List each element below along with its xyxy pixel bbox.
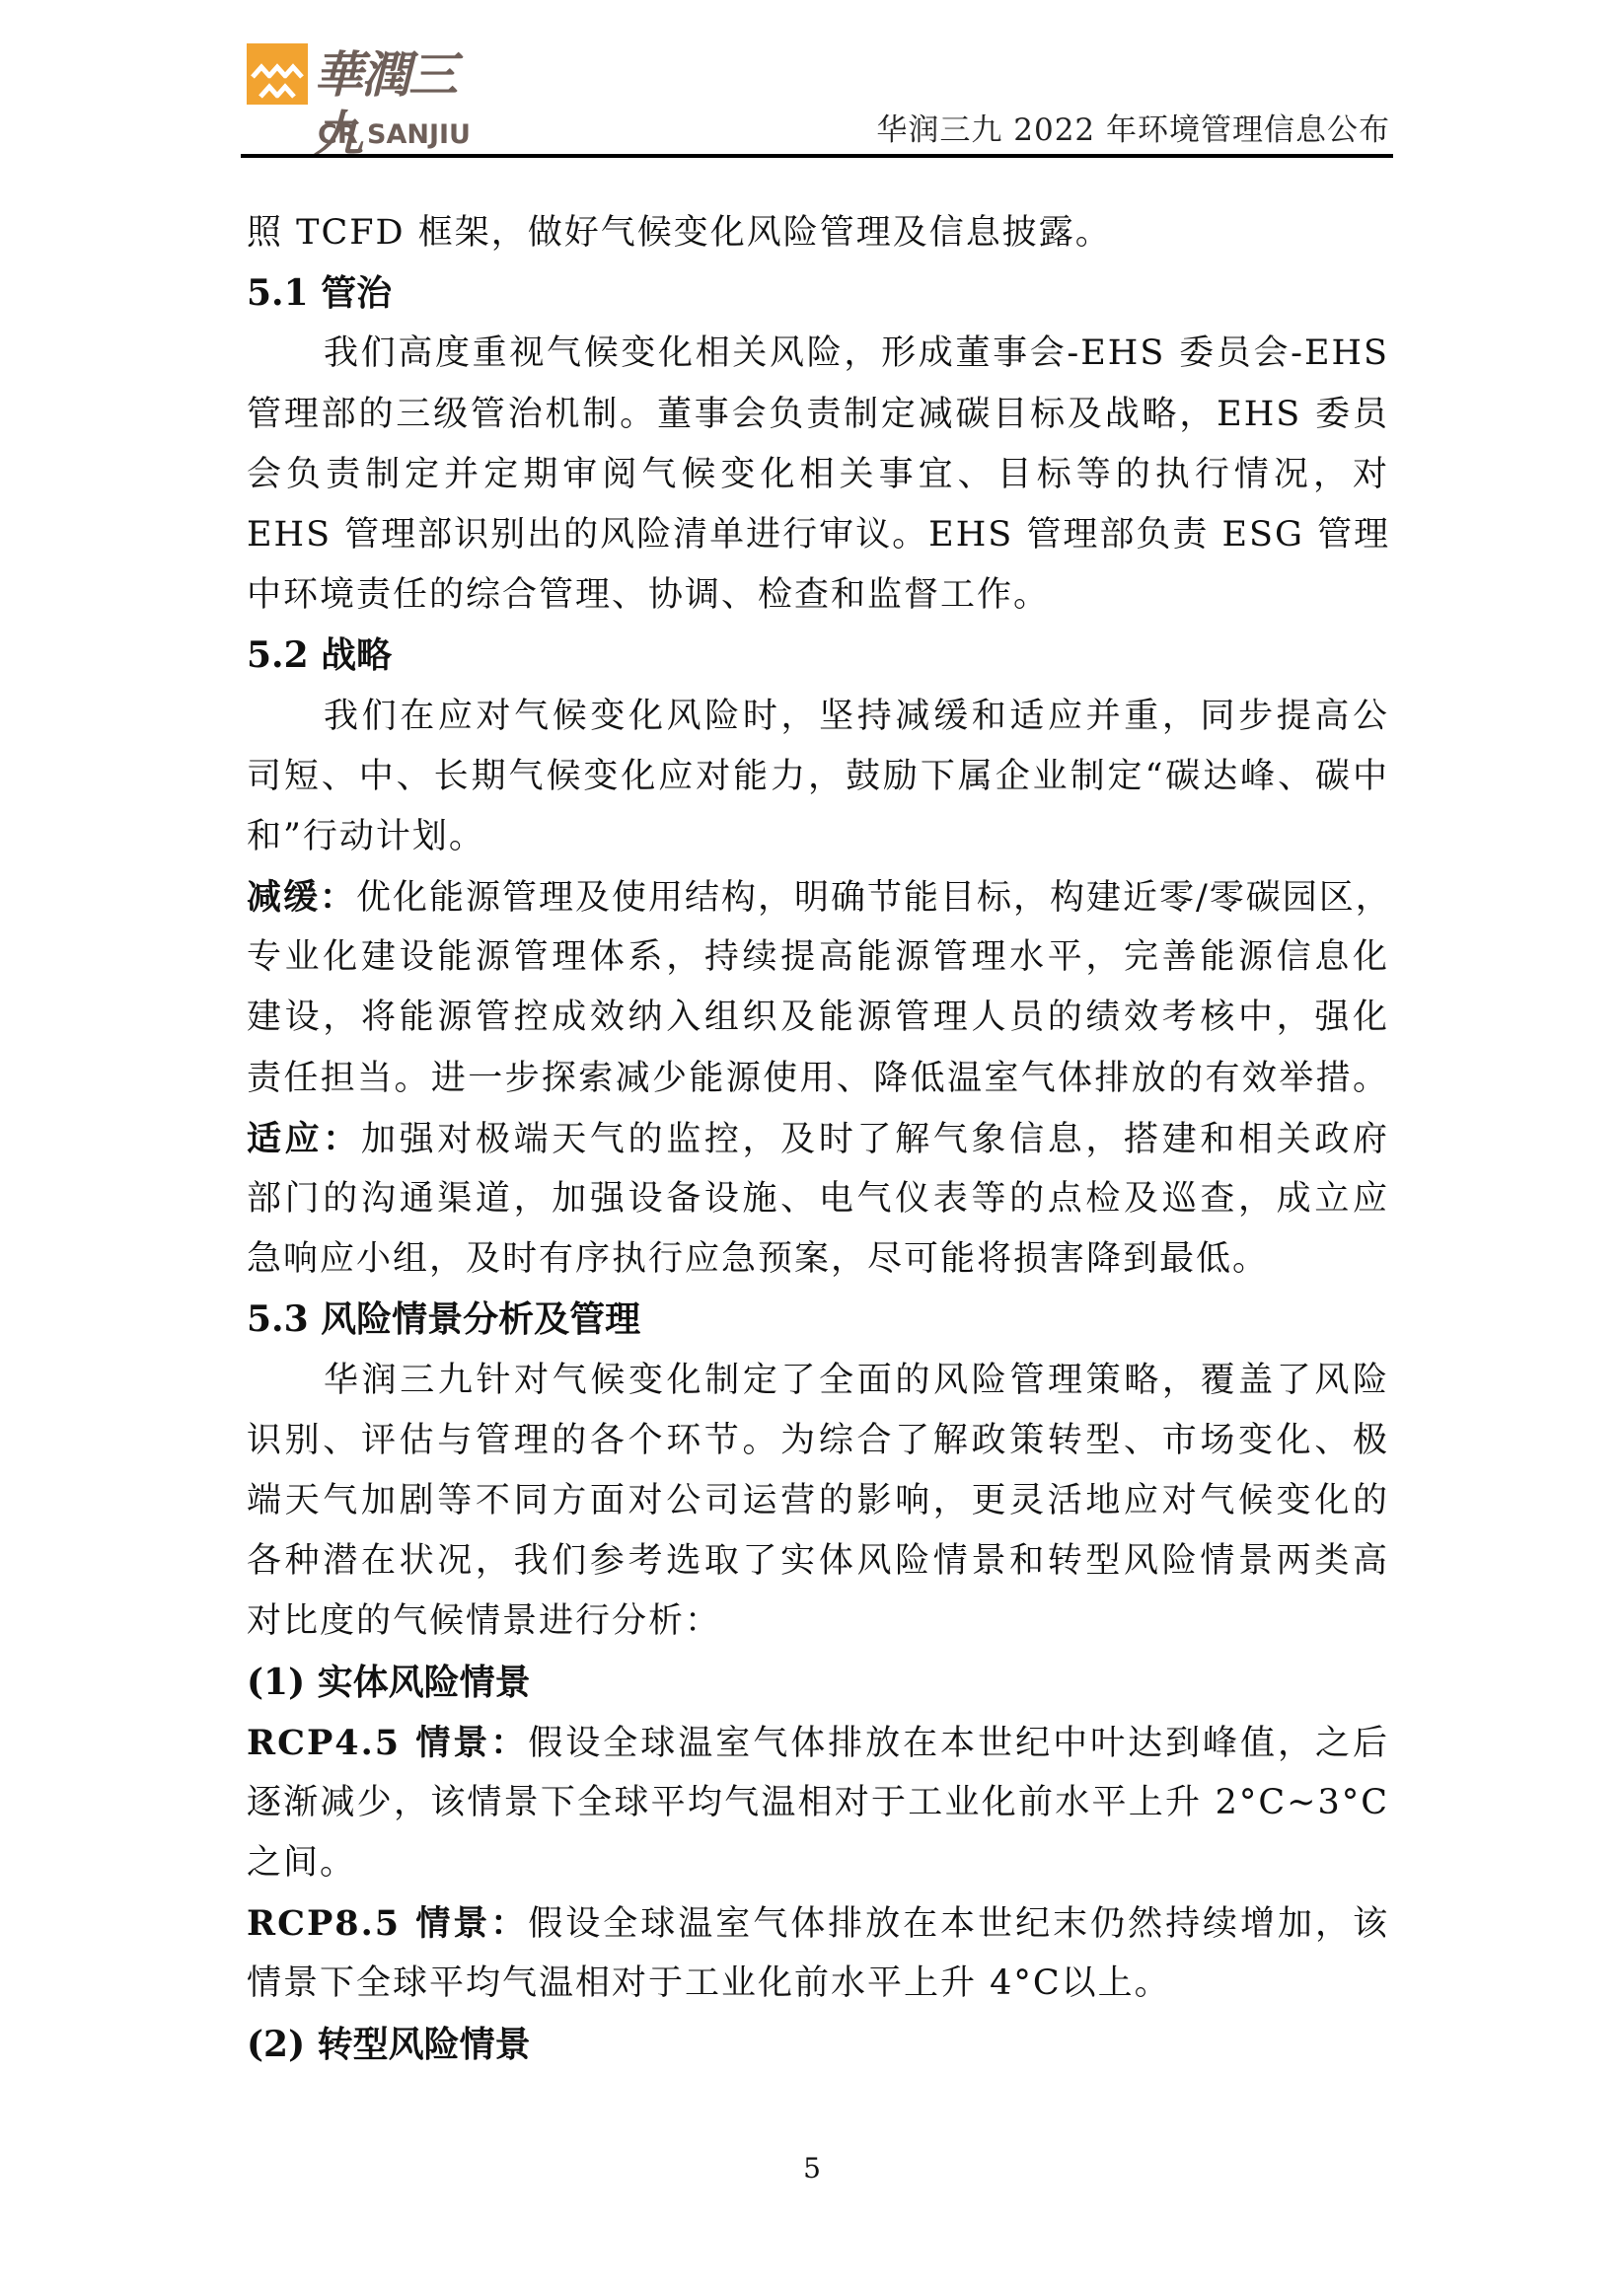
body-text-line: 识别、评估与管理的各个环节。为综合了解政策转型、市场变化、极 [247, 1411, 1389, 1471]
body-text-line: 管理部的三级管治机制。董事会负责制定减碳目标及战略，EHS 委员 [247, 385, 1389, 445]
header-divider [241, 154, 1393, 158]
text-run: 中环境责任的综合管理、协调、检查和监督工作。 [247, 575, 1050, 615]
company-logo: 華潤三九 CR SANJIU [247, 43, 483, 152]
text-run: 管理部的三级管治机制。董事会负责制定减碳目标及战略，EHS 委员 [247, 395, 1389, 434]
logo-english-text: CR SANJIU [318, 120, 471, 150]
body-text-line: 我们在应对气候变化风险时，坚持减缓和适应并重，同步提高公 [247, 687, 1389, 747]
section-heading: 5.3 风险情景分析及管理 [247, 1290, 1389, 1350]
text-run: 照 TCFD 框架，做好气候变化风险管理及信息披露。 [247, 213, 1112, 253]
text-run: EHS 管理部识别出的风险清单进行审议。EHS 管理部负责 ESG 管理 [247, 515, 1390, 555]
text-run: 建设，将能源管控成效纳入组织及能源管理人员的绩效考核中，强化 [247, 998, 1389, 1037]
bold-label: 减缓： [247, 877, 356, 918]
text-run: 识别、评估与管理的各个环节。为综合了解政策转型、市场变化、极 [247, 1421, 1389, 1460]
text-run: 责任担当。进一步探索减少能源使用、降低温室气体排放的有效举措。 [247, 1059, 1389, 1098]
text-run: 专业化建设能源管理体系，持续提高能源管理水平，完善能源信息化 [247, 937, 1389, 977]
text-run: 5.2 战略 [247, 634, 392, 676]
document-body: 照 TCFD 框架，做好气候变化风险管理及信息披露。5.1 管治我们高度重视气候… [247, 203, 1389, 2075]
section-heading: 5.2 战略 [247, 626, 1389, 686]
body-text-line: 部门的沟通渠道，加强设备设施、电气仪表等的点检及巡查，成立应 [247, 1169, 1389, 1229]
body-text-line: 急响应小组，及时有序执行应急预案，尽可能将损害降到最低。 [247, 1229, 1389, 1290]
section-heading: (1) 实体风险情景 [247, 1653, 1389, 1713]
text-run: (2) 转型风险情景 [247, 2024, 531, 2065]
text-run: 情景下全球平均气温相对于工业化前水平上升 4°C以上。 [247, 1963, 1171, 2003]
text-run: 和”行动计划。 [247, 817, 485, 856]
body-text-line: 专业化建设能源管理体系，持续提高能源管理水平，完善能源信息化 [247, 927, 1389, 988]
text-run: 假设全球温室气体排放在本世纪中叶达到峰值，之后 [528, 1724, 1389, 1763]
body-text-line: 中环境责任的综合管理、协调、检查和监督工作。 [247, 565, 1389, 626]
body-text-line: 华润三九针对气候变化制定了全面的风险管理策略，覆盖了风险 [247, 1351, 1389, 1411]
body-text-line: 和”行动计划。 [247, 807, 1389, 867]
text-run: 5.3 风险情景分析及管理 [247, 1298, 640, 1340]
text-run: 会负责制定并定期审阅气候变化相关事宜、目标等的执行情况，对 [247, 455, 1389, 494]
text-run: 我们高度重视气候变化相关风险，形成董事会-EHS 委员会-EHS [324, 333, 1389, 373]
logo-mountain-icon [247, 43, 308, 105]
body-text-line: 适应：加强对极端天气的监控，及时了解气象信息，搭建和相关政府 [247, 1109, 1389, 1169]
bold-label: RCP4.5 情景： [247, 1723, 528, 1763]
text-run: 我们在应对气候变化风险时，坚持减缓和适应并重，同步提高公 [324, 697, 1389, 736]
text-run: 假设全球温室气体排放在本世纪末仍然持续增加，该 [528, 1904, 1389, 1944]
body-text-line: 建设，将能源管控成效纳入组织及能源管理人员的绩效考核中，强化 [247, 988, 1389, 1048]
body-text-line: 之间。 [247, 1833, 1389, 1893]
text-run: 5.1 管治 [247, 272, 392, 314]
text-run: 急响应小组，及时有序执行应急预案，尽可能将损害降到最低。 [247, 1239, 1269, 1279]
text-run: (1) 实体风险情景 [247, 1662, 531, 1703]
body-text-line: 各种潜在状况，我们参考选取了实体风险情景和转型风险情景两类高 [247, 1531, 1389, 1592]
text-run: 优化能源管理及使用结构，明确节能目标，构建近零/零碳园区， [356, 878, 1392, 918]
body-text-line: 责任担当。进一步探索减少能源使用、降低温室气体排放的有效举措。 [247, 1049, 1389, 1109]
text-run: 逐渐减少，该情景下全球平均气温相对于工业化前水平上升 2°C~3°C [247, 1783, 1389, 1822]
body-text-line: RCP8.5 情景：假设全球温室气体排放在本世纪末仍然持续增加，该 [247, 1893, 1389, 1954]
body-text-line: 我们高度重视气候变化相关风险，形成董事会-EHS 委员会-EHS [247, 324, 1389, 384]
text-run: 司短、中、长期气候变化应对能力，鼓励下属企业制定“碳达峰、碳中 [247, 757, 1389, 796]
text-run: 各种潜在状况，我们参考选取了实体风险情景和转型风险情景两类高 [247, 1541, 1389, 1581]
bold-label: RCP8.5 情景： [247, 1903, 528, 1944]
body-text-line: 减缓：优化能源管理及使用结构，明确节能目标，构建近零/零碳园区， [247, 867, 1389, 927]
text-run: 端天气加剧等不同方面对公司运营的影响，更灵活地应对气候变化的 [247, 1481, 1389, 1520]
body-text-line: 端天气加剧等不同方面对公司运营的影响，更灵活地应对气候变化的 [247, 1471, 1389, 1531]
body-text-line: 司短、中、长期气候变化应对能力，鼓励下属企业制定“碳达峰、碳中 [247, 747, 1389, 807]
document-header-title: 华润三九 2022 年环境管理信息公布 [876, 112, 1390, 148]
body-text-line: 照 TCFD 框架，做好气候变化风险管理及信息披露。 [247, 203, 1389, 263]
text-run: 加强对极端天气的监控，及时了解气象信息，搭建和相关政府 [361, 1120, 1389, 1159]
section-heading: 5.1 管治 [247, 263, 1389, 324]
body-text-line: 逐渐减少，该情景下全球平均气温相对于工业化前水平上升 2°C~3°C [247, 1773, 1389, 1833]
body-text-line: RCP4.5 情景：假设全球温室气体排放在本世纪中叶达到峰值，之后 [247, 1713, 1389, 1773]
text-run: 对比度的气候情景进行分析： [247, 1601, 721, 1641]
text-run: 部门的沟通渠道，加强设备设施、电气仪表等的点检及巡查，成立应 [247, 1179, 1389, 1219]
body-text-line: 情景下全球平均气温相对于工业化前水平上升 4°C以上。 [247, 1954, 1389, 2014]
section-heading: (2) 转型风险情景 [247, 2015, 1389, 2075]
body-text-line: EHS 管理部识别出的风险清单进行审议。EHS 管理部负责 ESG 管理 [247, 505, 1389, 565]
text-run: 华润三九针对气候变化制定了全面的风险管理策略，覆盖了风险 [324, 1361, 1389, 1400]
body-text-line: 会负责制定并定期审阅气候变化相关事宜、目标等的执行情况，对 [247, 445, 1389, 505]
text-run: 之间。 [247, 1843, 356, 1883]
page-number: 5 [0, 2151, 1624, 2186]
bold-label: 适应： [247, 1119, 361, 1159]
body-text-line: 对比度的气候情景进行分析： [247, 1592, 1389, 1652]
